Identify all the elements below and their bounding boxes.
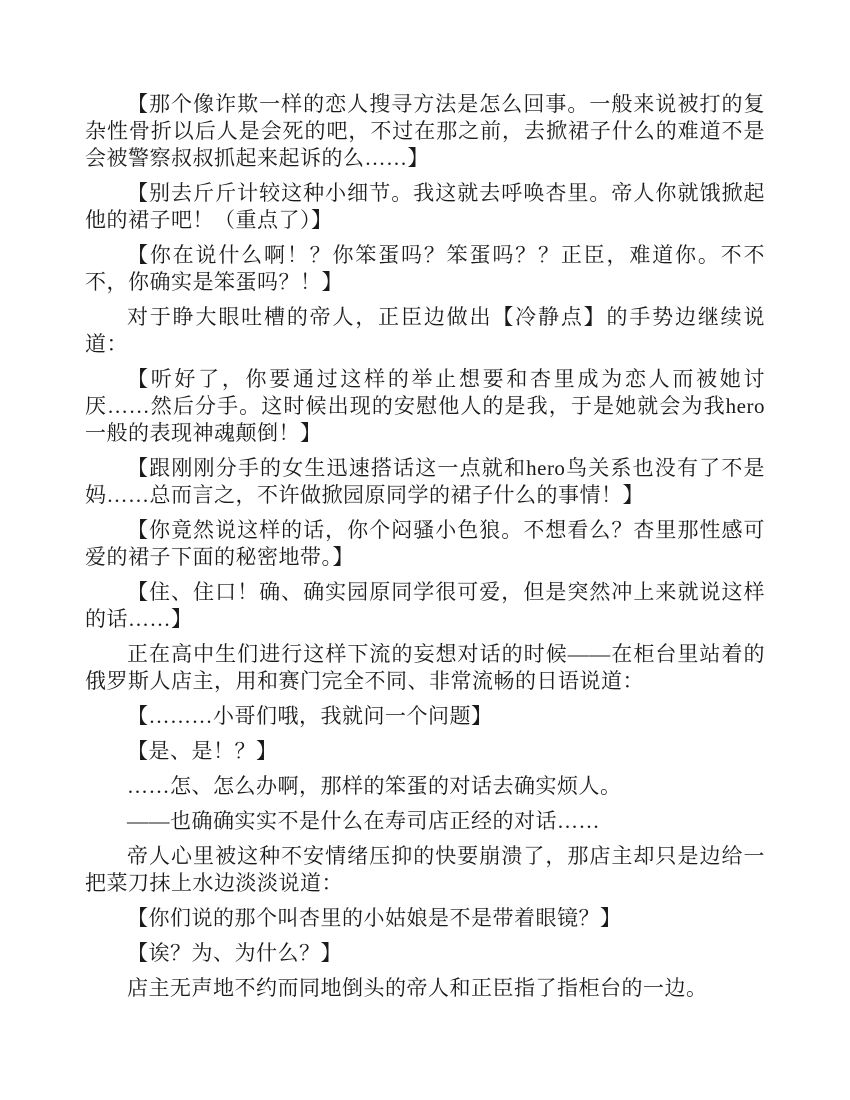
paragraph: 正在高中生们进行这样下流的妄想对话的时候——在柜台里站着的俄罗斯人店主，用和赛门… <box>85 641 765 695</box>
paragraph: 店主无声地不约而同地倒头的帝人和正臣指了指柜台的一边。 <box>85 975 765 1002</box>
paragraph: 【是、是！？】 <box>85 738 765 765</box>
paragraph: ……怎、怎么办啊，那样的笨蛋的对话去确实烦人。 <box>85 773 765 800</box>
document-page: 【那个像诈欺一样的恋人搜寻方法是怎么回事。一般来说被打的复杂性骨折以后人是会死的… <box>0 0 850 1100</box>
paragraph: 【你竟然说这样的话，你个闷骚小色狼。不想看么？杏里那性感可爱的裙子下面的秘密地带… <box>85 517 765 571</box>
paragraph: 对于睁大眼吐槽的帝人，正臣边做出【冷静点】的手势边继续说道： <box>85 304 765 358</box>
paragraph: 【听好了，你要通过这样的举止想要和杏里成为恋人而被她讨厌……然后分手。这时候出现… <box>85 366 765 447</box>
paragraph: 【那个像诈欺一样的恋人搜寻方法是怎么回事。一般来说被打的复杂性骨折以后人是会死的… <box>85 91 765 172</box>
paragraph: 【………小哥们哦，我就问一个问题】 <box>85 703 765 730</box>
paragraph: 帝人心里被这种不安情绪压抑的快要崩溃了，那店主却只是边给一把菜刀抹上水边淡淡说道… <box>85 843 765 897</box>
paragraph: ——也确确实实不是什么在寿司店正经的对话…… <box>85 808 765 835</box>
document-content: 【那个像诈欺一样的恋人搜寻方法是怎么回事。一般来说被打的复杂性骨折以后人是会死的… <box>85 91 765 1010</box>
paragraph: 【住、住口！确、确实园原同学很可爱，但是突然冲上来就说这样的话……】 <box>85 579 765 633</box>
paragraph: 【你们说的那个叫杏里的小姑娘是不是带着眼镜？】 <box>85 905 765 932</box>
paragraph: 【跟刚刚分手的女生迅速搭话这一点就和hero鸟关系也没有了不是妈……总而言之，不… <box>85 455 765 509</box>
paragraph: 【你在说什么啊！？你笨蛋吗？笨蛋吗？？正臣，难道你。不不不，你确实是笨蛋吗？！】 <box>85 242 765 296</box>
paragraph: 【别去斤斤计较这种小细节。我这就去呼唤杏里。帝人你就饿掀起他的裙子吧！（重点了）… <box>85 180 765 234</box>
paragraph: 【诶？为、为什么？】 <box>85 940 765 967</box>
